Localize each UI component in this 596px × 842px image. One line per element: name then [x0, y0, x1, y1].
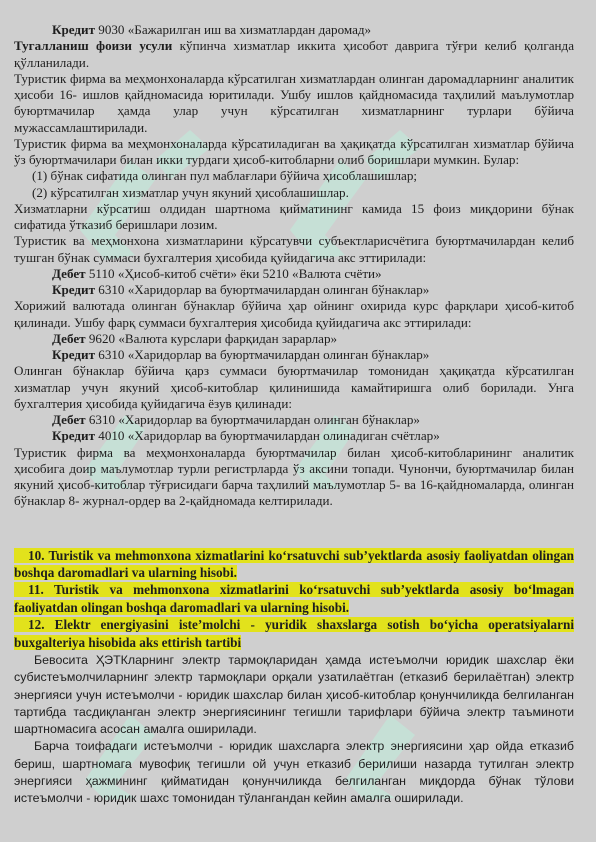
entry-label: Кредит — [52, 428, 95, 443]
text: 9030 «Бажарилган иш ва хизматлардан даро… — [95, 22, 371, 37]
entry-label: Кредит — [52, 22, 95, 37]
text: Туристик фирма ва меҳмонхоналарда кўрсат… — [14, 71, 574, 135]
accounting-entry: Кредит 6310 «Харидорлар ва буюртмачилард… — [14, 347, 574, 363]
text: 6310 «Харидорлар ва буюртмачилардан олин… — [95, 347, 429, 362]
section-heading: 12. Elektr energiyasini iste’molchi - yu… — [14, 616, 574, 651]
text: Туристик ва меҳмонхона хизматларини кўрс… — [14, 233, 574, 264]
text: (1) бўнак сифатида олинган пул маблағлар… — [32, 168, 417, 183]
paragraph: Туристик фирма ва меҳмонхоналарда кўрсат… — [14, 71, 574, 136]
entry-label: Кредит — [52, 282, 95, 297]
section-headings: 10. Turistik va mehmonxona xizmatlarini … — [14, 547, 574, 651]
text: Туристик фирма ва меҳмонхоналарда буюртм… — [14, 445, 574, 509]
paragraph: Барча тоифадаги истеъмолчи - юридик шахс… — [14, 738, 574, 807]
accounting-entry: Дебет 6310 «Харидорлар ва буюртмачиларда… — [14, 412, 574, 428]
section-heading: 10. Turistik va mehmonxona xizmatlarini … — [14, 547, 574, 582]
paragraph: Туристик фирма ва меҳмонхоналарда буюртм… — [14, 445, 574, 510]
section-heading: 11. Turistik va mehmonxona xizmatlarini … — [14, 581, 574, 616]
accounting-entry: Кредит 6310 «Харидорлар ва буюртмачилард… — [14, 282, 574, 298]
paragraph: Бевосита ҲЭТКларнинг электр тармоқларида… — [14, 652, 574, 738]
text: 6310 «Харидорлар ва буюртмачилардан олин… — [86, 412, 420, 427]
text: 4010 «Харидорлар ва буюртмачилардан олин… — [95, 428, 440, 443]
heading-highlight: 12. Elektr energiyasini iste’molchi - yu… — [14, 617, 574, 649]
text: 9620 «Валюта курслари фарқидан зарарлар» — [86, 331, 337, 346]
paragraph: Тугалланиш фоизи усули кўпинча хизматлар… — [14, 38, 574, 71]
entry-label: Дебет — [52, 412, 86, 427]
text: Олинган бўнаклар бўйича қарз суммаси бую… — [14, 363, 574, 411]
body-text: Кредит 9030 «Бажарилган иш ва хизматлард… — [14, 22, 574, 510]
text: 5110 «Ҳисоб-китоб счёти» ёки 5210 «Валют… — [86, 266, 382, 281]
list-item: (1) бўнак сифатида олинган пул маблағлар… — [14, 168, 574, 184]
text: Хизматларни кўрсатиш олдидан шартнома қи… — [14, 201, 574, 232]
term: Тугалланиш фоизи усули — [14, 38, 172, 53]
section-gap — [14, 510, 574, 547]
document-page: Кредит 9030 «Бажарилган иш ва хизматлард… — [14, 22, 574, 808]
heading-number: 11. — [14, 582, 44, 597]
heading-highlight: 11. Turistik va mehmonxona xizmatlarini … — [14, 582, 574, 614]
heading-highlight: 10. Turistik va mehmonxona xizmatlarini … — [14, 548, 574, 580]
paragraph: Туристик фирма ва меҳмонхоналарда кўрсат… — [14, 136, 574, 169]
paragraph: Хизматларни кўрсатиш олдидан шартнома қи… — [14, 201, 574, 234]
text: Хорижий валютада олинган бўнаклар бўйича… — [14, 298, 574, 329]
entry-label: Кредит — [52, 347, 95, 362]
entry-label: Дебет — [52, 331, 86, 346]
heading-number: 10. — [14, 548, 44, 563]
accounting-entry: Дебет 5110 «Ҳисоб-китоб счёти» ёки 5210 … — [14, 266, 574, 282]
electricity-section-text: Бевосита ҲЭТКларнинг электр тармоқларида… — [14, 652, 574, 808]
accounting-entry: Кредит 4010 «Харидорлар ва буюртмачилард… — [14, 428, 574, 444]
paragraph: Олинган бўнаклар бўйича қарз суммаси бую… — [14, 363, 574, 412]
list-item: (2) кўрсатилган хизматлар учун якуний ҳи… — [14, 185, 574, 201]
text: 6310 «Харидорлар ва буюртмачилардан олин… — [95, 282, 429, 297]
paragraph: Туристик ва меҳмонхона хизматларини кўрс… — [14, 233, 574, 266]
text: (2) кўрсатилган хизматлар учун якуний ҳи… — [32, 185, 349, 200]
entry-label: Дебет — [52, 266, 86, 281]
accounting-entry: Кредит 9030 «Бажарилган иш ва хизматлард… — [14, 22, 574, 38]
accounting-entry: Дебет 9620 «Валюта курслари фарқидан зар… — [14, 331, 574, 347]
heading-number: 12. — [14, 617, 44, 632]
paragraph: Хорижий валютада олинган бўнаклар бўйича… — [14, 298, 574, 331]
text: Туристик фирма ва меҳмонхоналарда кўрсат… — [14, 136, 574, 167]
